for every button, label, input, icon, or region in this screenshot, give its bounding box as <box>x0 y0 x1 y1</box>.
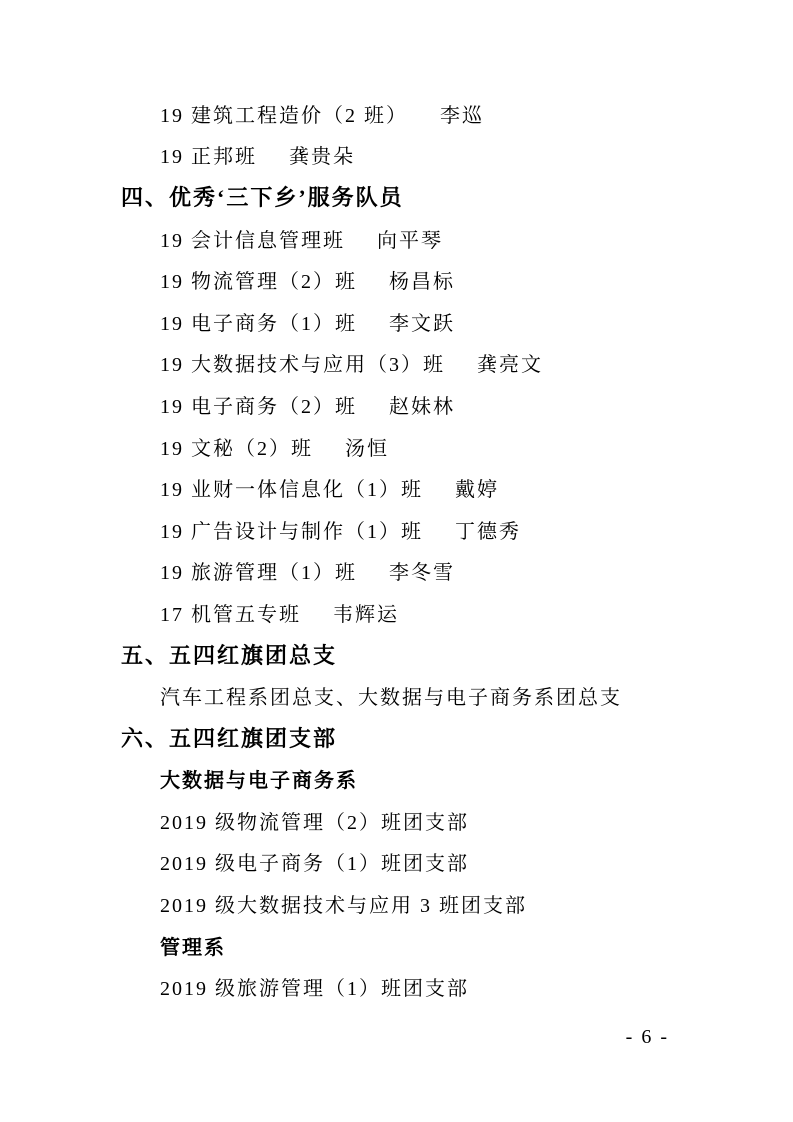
award-class: 19 正邦班 <box>160 140 257 169</box>
award-recipient: 向平琴 <box>377 224 443 253</box>
award-class: 19 业财一体信息化（1）班 <box>160 473 423 502</box>
document-page: { "page": { "footer": "- 6 -" }, "conten… <box>0 0 793 1122</box>
award-line: 19 正邦班 龚贵朵 <box>0 134 793 176</box>
award-line: 19 会计信息管理班 向平琴 <box>0 217 793 259</box>
award-recipient: 丁德秀 <box>455 515 521 544</box>
branch-line: 2019 级大数据技术与应用 3 班团支部 <box>0 883 793 925</box>
award-recipient: 李文跃 <box>389 307 455 336</box>
award-line: 19 业财一体信息化（1）班 戴婷 <box>0 467 793 509</box>
award-class: 19 广告设计与制作（1）班 <box>160 515 423 544</box>
branch-line: 2019 级物流管理（2）班团支部 <box>0 800 793 842</box>
award-recipient: 李巡 <box>440 99 484 128</box>
award-class: 19 电子商务（2）班 <box>160 390 357 419</box>
award-class: 19 建筑工程造价（2 班） <box>160 99 408 128</box>
award-recipient: 赵妹林 <box>389 390 455 419</box>
section-heading-4: 四、优秀‘三下乡’服务队员 <box>0 176 793 218</box>
section-heading-5: 五、五四红旗团总支 <box>0 633 793 675</box>
award-recipient: 韦辉运 <box>333 598 399 627</box>
page-number: - 6 - <box>626 1026 669 1049</box>
award-recipient: 汤恒 <box>345 432 389 461</box>
award-class: 19 文秘（2）班 <box>160 432 313 461</box>
document-content: 19 建筑工程造价（2 班） 李巡 19 正邦班 龚贵朵 四、优秀‘三下乡’服务… <box>0 93 793 1008</box>
award-recipient: 杨昌标 <box>389 265 455 294</box>
award-class: 19 大数据技术与应用（3）班 <box>160 348 445 377</box>
award-class: 17 机管五专班 <box>160 598 301 627</box>
award-class: 19 物流管理（2）班 <box>160 265 357 294</box>
award-class: 19 旅游管理（1）班 <box>160 556 357 585</box>
section-heading-6: 六、五四红旗团支部 <box>0 716 793 758</box>
branch-line: 2019 级电子商务（1）班团支部 <box>0 841 793 883</box>
award-line: 19 大数据技术与应用（3）班 龚亮文 <box>0 342 793 384</box>
award-line: 19 建筑工程造价（2 班） 李巡 <box>0 93 793 135</box>
award-line: 19 物流管理（2）班 杨昌标 <box>0 259 793 301</box>
section5-body-line: 汽车工程系团总支、大数据与电子商务系团总支 <box>0 675 793 717</box>
award-line: 19 文秘（2）班 汤恒 <box>0 425 793 467</box>
award-recipient: 李冬雪 <box>389 556 455 585</box>
award-class: 19 电子商务（1）班 <box>160 307 357 336</box>
award-line: 19 电子商务（1）班 李文跃 <box>0 300 793 342</box>
award-line: 19 旅游管理（1）班 李冬雪 <box>0 550 793 592</box>
award-class: 19 会计信息管理班 <box>160 224 345 253</box>
award-line: 19 广告设计与制作（1）班 丁德秀 <box>0 508 793 550</box>
award-line: 17 机管五专班 韦辉运 <box>0 592 793 634</box>
award-line: 19 电子商务（2）班 赵妹林 <box>0 384 793 426</box>
award-recipient: 龚亮文 <box>477 348 543 377</box>
department-subheading: 管理系 <box>0 924 793 966</box>
department-subheading: 大数据与电子商务系 <box>0 758 793 800</box>
award-recipient: 戴婷 <box>455 473 499 502</box>
branch-line: 2019 级旅游管理（1）班团支部 <box>0 966 793 1008</box>
award-recipient: 龚贵朵 <box>289 140 355 169</box>
